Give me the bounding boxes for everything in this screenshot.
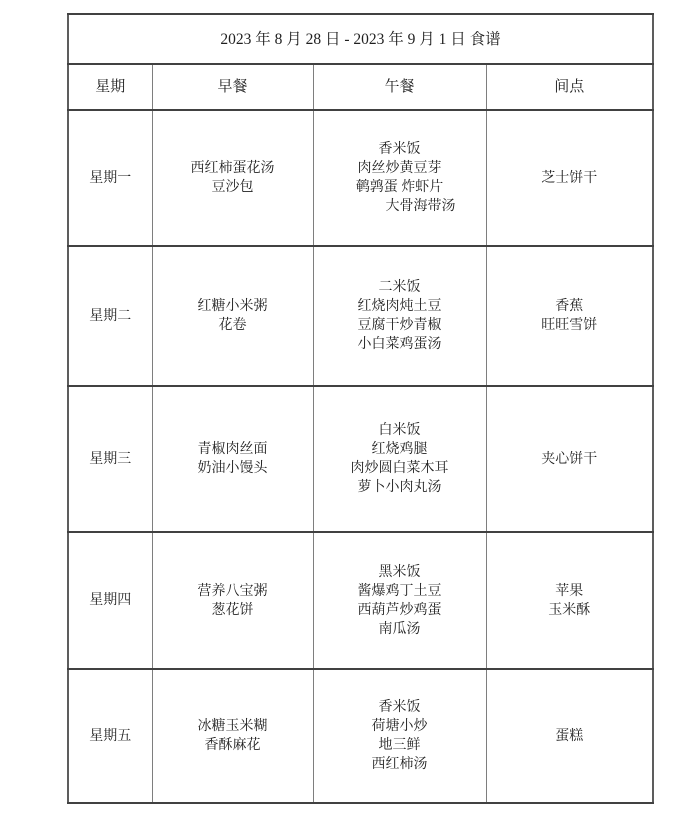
breakfast-cell: 营养八宝粥 葱花饼 xyxy=(152,532,313,669)
table-row-monday: 星期一 西红柿蛋花汤 豆沙包 香米饭 肉丝炒黄豆芽 鹌鹑蛋 炸虾片 大骨海带汤 … xyxy=(68,110,653,246)
lunch-cell: 香米饭 荷塘小炒 地三鲜 西红柿汤 xyxy=(313,669,486,803)
title-row: 2023 年 8 月 28 日 - 2023 年 9 月 1 日 食谱 xyxy=(68,14,653,64)
lunch-cell: 白米饭 红烧鸡腿 肉炒圆白菜木耳 萝卜小肉丸汤 xyxy=(313,386,486,532)
col-header-breakfast: 早餐 xyxy=(152,64,313,110)
day-cell: 星期四 xyxy=(68,532,152,669)
day-cell: 星期二 xyxy=(68,246,152,386)
snack-cell: 芝士饼干 xyxy=(486,110,653,246)
snack-cell: 苹果 玉米酥 xyxy=(486,532,653,669)
table-row-thursday: 星期四 营养八宝粥 葱花饼 黑米饭 酱爆鸡丁土豆 西葫芦炒鸡蛋 南瓜汤 苹果 玉… xyxy=(68,532,653,669)
col-header-snack: 间点 xyxy=(486,64,653,110)
table-row-friday: 星期五 冰糖玉米糊 香酥麻花 香米饭 荷塘小炒 地三鲜 西红柿汤 蛋糕 xyxy=(68,669,653,803)
snack-cell: 夹心饼干 xyxy=(486,386,653,532)
breakfast-cell: 青椒肉丝面 奶油小馒头 xyxy=(152,386,313,532)
menu-title: 2023 年 8 月 28 日 - 2023 年 9 月 1 日 食谱 xyxy=(68,14,653,64)
snack-cell: 香蕉 旺旺雪饼 xyxy=(486,246,653,386)
lunch-cell: 二米饭 红烧肉炖土豆 豆腐干炒青椒 小白菜鸡蛋汤 xyxy=(313,246,486,386)
table-row-wednesday: 星期三 青椒肉丝面 奶油小馒头 白米饭 红烧鸡腿 肉炒圆白菜木耳 萝卜小肉丸汤 … xyxy=(68,386,653,532)
lunch-cell: 香米饭 肉丝炒黄豆芽 鹌鹑蛋 炸虾片 大骨海带汤 xyxy=(313,110,486,246)
lunch-cell: 黑米饭 酱爆鸡丁土豆 西葫芦炒鸡蛋 南瓜汤 xyxy=(313,532,486,669)
header-row: 星期 早餐 午餐 间点 xyxy=(68,64,653,110)
day-cell: 星期五 xyxy=(68,669,152,803)
breakfast-cell: 红糖小米粥 花卷 xyxy=(152,246,313,386)
snack-cell: 蛋糕 xyxy=(486,669,653,803)
day-cell: 星期三 xyxy=(68,386,152,532)
col-header-lunch: 午餐 xyxy=(313,64,486,110)
document-page: 2023 年 8 月 28 日 - 2023 年 9 月 1 日 食谱 星期 早… xyxy=(0,0,700,835)
table-row-tuesday: 星期二 红糖小米粥 花卷 二米饭 红烧肉炖土豆 豆腐干炒青椒 小白菜鸡蛋汤 香蕉… xyxy=(68,246,653,386)
col-header-day: 星期 xyxy=(68,64,152,110)
menu-table: 2023 年 8 月 28 日 - 2023 年 9 月 1 日 食谱 星期 早… xyxy=(67,13,654,804)
breakfast-cell: 冰糖玉米糊 香酥麻花 xyxy=(152,669,313,803)
breakfast-cell: 西红柿蛋花汤 豆沙包 xyxy=(152,110,313,246)
day-cell: 星期一 xyxy=(68,110,152,246)
